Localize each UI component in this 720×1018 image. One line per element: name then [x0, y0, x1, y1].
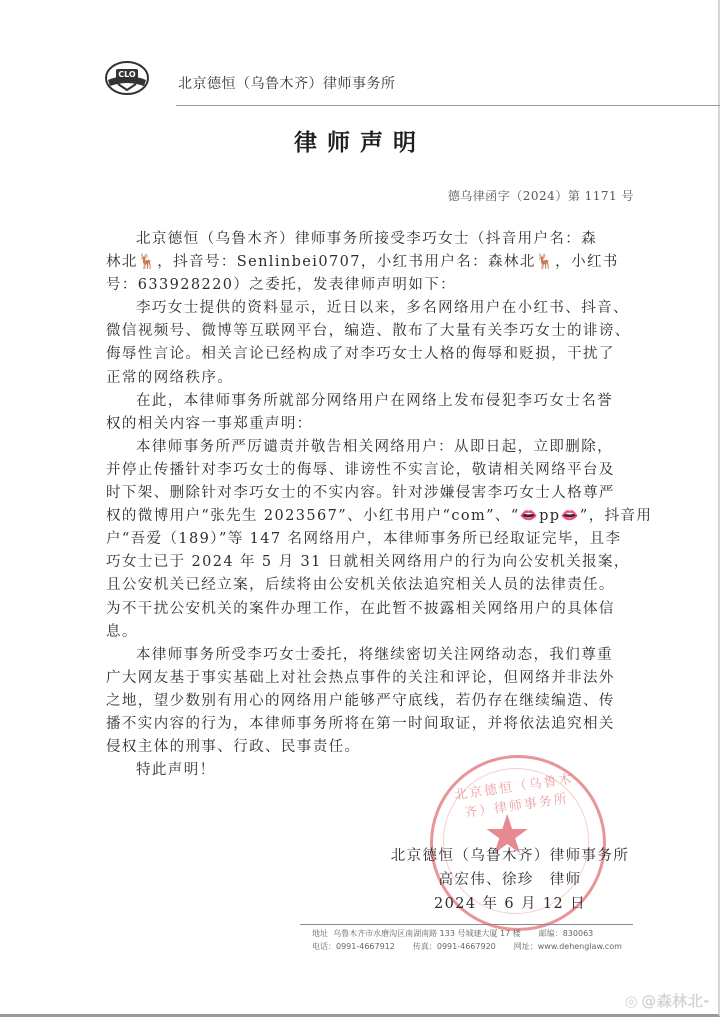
body-line: 本律师事务所受李巧女士委托，将继续密切关注网络动态，我们尊重 — [106, 644, 646, 667]
body-line: 特此声明！ — [106, 759, 646, 782]
phone-value: 0991-4667912 — [336, 940, 395, 953]
phone-label: 电话： — [312, 940, 336, 953]
document-page: CLO 北京德恒（乌鲁木齐）律师事务所 律师声明 德乌律函字（2024）第 11… — [0, 0, 720, 1017]
website-label: 网址： — [514, 940, 538, 953]
body-line: 且公安机关已经立案，后续将由公安机关依法追究相关人员的法律责任。 — [106, 574, 646, 597]
body-line: 巧女士已于 2024 年 5 月 31 日就相关网络用户的行为向公安机关报案， — [106, 551, 646, 574]
body-line: 时下架、删除针对李巧女士的不实内容。针对涉嫌侵害李巧女士人格尊严 — [106, 482, 646, 505]
signature-block: 北京德恒（乌鲁木齐）律师事务所 高宏伟、徐珍 律师 2024 年 6 月 12 … — [370, 844, 650, 916]
body-line: 之地，望少数别有用心的网络用户能够严守底线，若仍存在继续编造、传 — [106, 690, 646, 713]
body-line: 息。 — [106, 621, 646, 644]
body-line: 正常的网络秩序。 — [106, 367, 646, 390]
statement-body: 北京德恒（乌鲁木齐）律师事务所接受李巧女士（抖音用户名：森 林北🦌，抖音号：Se… — [106, 228, 646, 782]
body-line: 李巧女士提供的资料显示，近日以来，多名网络用户在小红书、抖音、 — [106, 297, 646, 320]
letterhead-divider — [176, 105, 720, 106]
body-line: 北京德恒（乌鲁木齐）律师事务所接受李巧女士（抖音用户名：森 — [106, 228, 646, 251]
letterhead-firm-name: 北京德恒（乌鲁木齐）律师事务所 — [178, 73, 396, 93]
body-line: 并停止传播针对李巧女士的侮辱、诽谤性不实言论，敬请相关网络平台及 — [106, 459, 646, 482]
body-line: 侮辱性言论。相关言论已经构成了对李巧女士人格的侮辱和贬损，干扰了 — [106, 343, 646, 366]
body-line: 权的微博用户“张先生 2023567”、小红书用户“com”、“👄pp👄”，抖音… — [106, 505, 646, 528]
body-line: 播不实内容的行为，本律师事务所将在第一时间取证，并将依法追究相关 — [106, 713, 646, 736]
body-line: 微信视频号、微博等互联网平台，编造、散布了大量有关李巧女士的诽谤、 — [106, 320, 646, 343]
body-line: 为不干扰公安机关的案件办理工作，在此暂不披露相关网络用户的具体信 — [106, 598, 646, 621]
body-line: 广大网友基于事实基础上对社会热点事件的关注和评论，但网络并非法外 — [106, 667, 646, 690]
postcode-label: 邮编： — [539, 927, 563, 940]
firm-logo-icon: CLO — [104, 60, 150, 96]
signature-date: 2024 年 6 月 12 日 — [370, 892, 650, 916]
footer-contact-row: 电话： 0991-4667912 传真： 0991-4667920 网址： ww… — [312, 940, 642, 953]
body-line: 在此，本律师事务所就部分网络用户在网络上发布侵犯李巧女士名誉 — [106, 390, 646, 413]
address-label: 地址 — [312, 927, 328, 940]
signature-lawyers: 高宏伟、徐珍 律师 — [370, 868, 650, 892]
body-line: 林北🦌，抖音号：Senlinbei0707，小红书用户名：森林北🦌，小红书 — [106, 251, 646, 274]
fax-value: 0991-4667920 — [437, 940, 496, 953]
body-line: 本律师事务所严厉谴责并敬告相关网络用户：从即日起，立即删除， — [106, 436, 646, 459]
body-line: 户“吾爱（189）”等 147 名网络用户，本律师事务所已经取证完毕，且李 — [106, 528, 646, 551]
reference-number: 德乌律函字（2024）第 1171 号 — [448, 187, 634, 204]
footer-address-row: 地址 乌鲁木齐市水磨沟区南湖南路 133 号城建大厦 17 楼 邮编： 8300… — [312, 927, 642, 940]
body-line: 权的相关内容一事郑重声明： — [106, 413, 646, 436]
website-value: www.dehenglaw.com — [538, 940, 622, 953]
letterhead: CLO 北京德恒（乌鲁木齐）律师事务所 — [96, 58, 656, 108]
weibo-watermark: ◎@森林北- — [625, 990, 710, 1011]
svg-text:CLO: CLO — [118, 70, 136, 79]
body-line: 侵权主体的刑事、行政、民事责任。 — [106, 736, 646, 759]
body-line: 号：633928220）之委托，发表律师声明如下： — [106, 274, 646, 297]
watermark-handle: @森林北- — [641, 992, 710, 1010]
signature-firm: 北京德恒（乌鲁木齐）律师事务所 — [370, 844, 650, 868]
letterhead-footer: 地址 乌鲁木齐市水磨沟区南湖南路 133 号城建大厦 17 楼 邮编： 8300… — [312, 927, 642, 953]
postcode-value: 830063 — [563, 927, 594, 940]
document-title: 律师声明 — [0, 124, 720, 157]
fax-label: 传真： — [413, 940, 437, 953]
footer-divider — [300, 924, 633, 925]
address-value: 乌鲁木齐市水磨沟区南湖南路 133 号城建大厦 17 楼 — [333, 927, 521, 940]
weibo-icon: ◎ — [625, 992, 639, 1010]
